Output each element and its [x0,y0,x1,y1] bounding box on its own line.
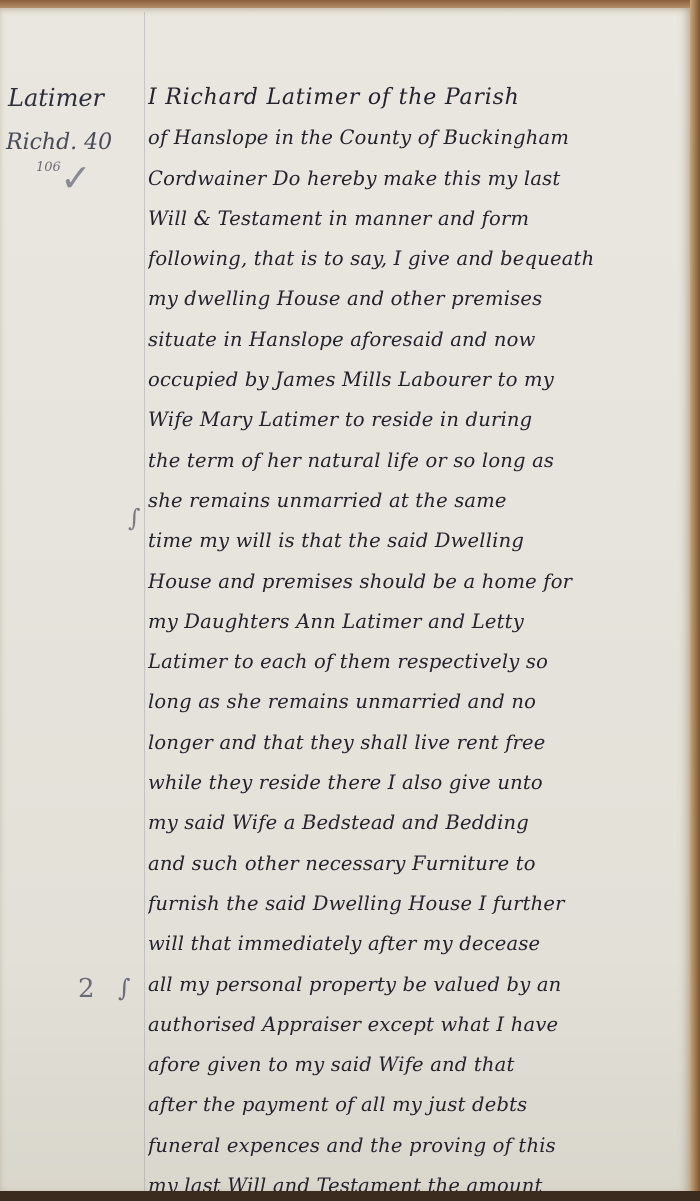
text-line: my Daughters Ann Latimer and Letty [148,602,688,642]
text-line: Will & Testament in manner and form [148,199,688,239]
text-line: House and premises should be a home for [148,562,688,602]
text-line: the term of her natural life or so long … [148,441,688,481]
text-line: of Hanslope in the County of Buckingham [148,118,688,158]
text-line: occupied by James Mills Labourer to my [148,360,688,400]
text-line: after the payment of all my just debts [148,1085,688,1125]
text-line: furnish the said Dwelling House I furthe… [148,884,688,924]
margin-bracket-mark-2: ∫ [118,974,131,1002]
text-line: situate in Hanslope aforesaid and now [148,320,688,360]
text-line: long as she remains unmarried and no [148,682,688,722]
text-line: Wife Mary Latimer to reside in during [148,400,688,440]
text-line: Latimer to each of them respectively so [148,642,688,682]
text-line: following, that is to say, I give and be… [148,239,688,279]
margin-surname: Latimer [8,84,104,112]
text-line: and such other necessary Furniture to [148,844,688,884]
margin-bracket-mark: ∫ [128,504,141,532]
binding-edge [690,0,700,1201]
margin-number: 106 [36,160,61,175]
text-line: Cordwainer Do hereby make this my last [148,159,688,199]
text-line: my said Wife a Bedstead and Bedding [148,803,688,843]
paragraph-number: 2 [78,974,95,1004]
margin-rule [144,12,145,1200]
will-text: I Richard Latimer of the Parish of Hansl… [148,78,688,1201]
text-line: she remains unmarried at the same [148,481,688,521]
manuscript-page: Latimer Richd. 40 106 ✓ ∫ 2 ∫ I Richard … [0,6,692,1194]
text-line: funeral expences and the proving of this [148,1126,688,1166]
text-line: all my personal property be valued by an [148,965,688,1005]
text-line: time my will is that the said Dwelling [148,521,688,561]
checkmark-icon: ✓ [60,156,92,200]
margin-annotations: Latimer Richd. 40 106 ✓ ∫ 2 ∫ [0,6,144,1194]
page-top-edge [0,0,700,8]
text-line: while they reside there I also give unto [148,763,688,803]
text-line: my dwelling House and other premises [148,279,688,319]
text-line: longer and that they shall live rent fre… [148,723,688,763]
margin-reference: Richd. 40 [6,130,112,155]
text-line: afore given to my said Wife and that [148,1045,688,1085]
text-line: I Richard Latimer of the Parish [148,78,688,118]
page-bottom-edge [0,1191,700,1201]
text-line: authorised Appraiser except what I have [148,1005,688,1045]
text-line: will that immediately after my decease [148,924,688,964]
